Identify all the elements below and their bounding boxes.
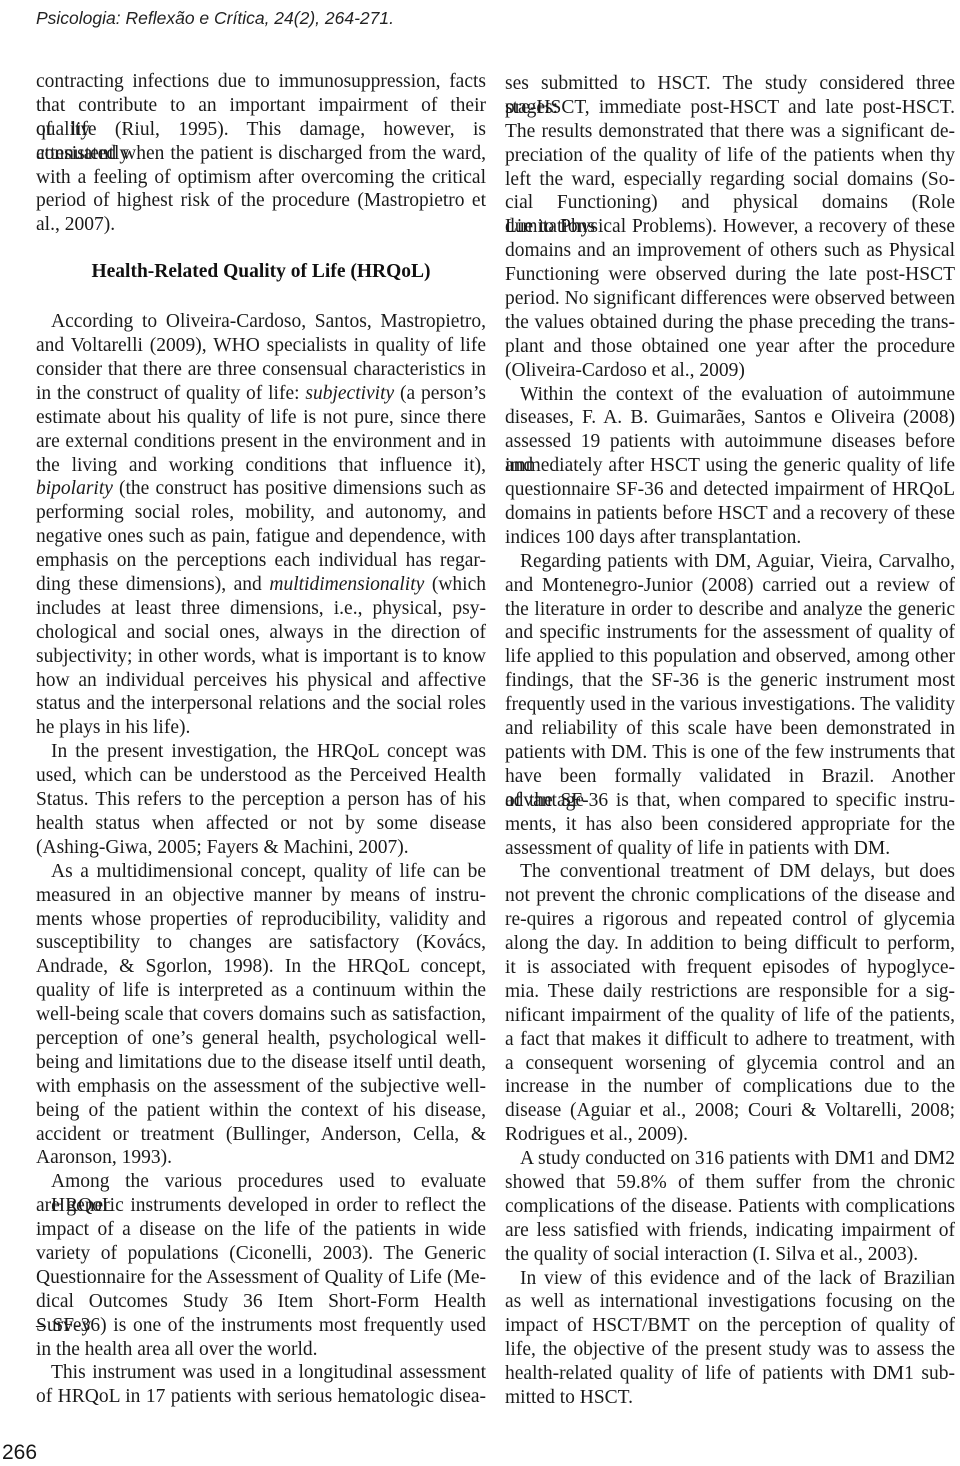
text-segment: health-related quality of life of patien… xyxy=(505,1363,955,1384)
text-line: mitted to HSCT. xyxy=(505,1386,955,1410)
text-segment: consider that there are three consensual… xyxy=(36,359,486,380)
text-line: impact of a disease on the life of the p… xyxy=(36,1218,486,1242)
text-line: due to Physical Problems). However, a re… xyxy=(505,215,955,239)
text-segment: are generic instruments developed in ord… xyxy=(36,1195,486,1216)
text-line: and reliability of this scale have been … xyxy=(505,717,955,741)
text-segment: preciation of the quality of life of the… xyxy=(505,145,955,166)
text-segment: of HRQoL in 17 patients with serious hem… xyxy=(36,1386,486,1407)
text-segment: Regarding patients with DM, Aguiar, Viei… xyxy=(520,551,955,572)
text-line: diseases, F. A. B. Guimarães, Santos e O… xyxy=(505,406,955,430)
text-line: According to Oliveira-Cardoso, Santos, M… xyxy=(36,310,486,334)
text-segment: ments whose properties of reproducibilit… xyxy=(36,909,486,930)
section-heading: Health-Related Quality of Life (HRQoL) xyxy=(36,260,486,284)
text-segment: Functioning were observed during the lat… xyxy=(505,264,955,285)
text-line: Functioning were observed during the lat… xyxy=(505,263,955,287)
text-line: period of highest risk of the procedure … xyxy=(36,189,486,213)
text-line: a fact that makes it difficult to adhere… xyxy=(505,1028,955,1052)
text-line: questionnaire SF-36 and detected impairm… xyxy=(505,478,955,502)
text-segment: susceptibility to changes are satisfacto… xyxy=(36,932,486,953)
text-line: the literature in order to describe and … xyxy=(505,598,955,622)
text-line: This instrument was used in a longitudin… xyxy=(36,1361,486,1385)
text-segment: As a multidimensional concept, quality o… xyxy=(51,861,486,882)
text-line: being and limitations due to the disease… xyxy=(36,1051,486,1075)
text-line: of the SF-36 is that, when compared to s… xyxy=(505,789,955,813)
text-segment: Status. This refers to the perception a … xyxy=(36,789,486,810)
text-line: with emphasis on the assessment of the s… xyxy=(36,1075,486,1099)
text-segment: chological and social ones, always in th… xyxy=(36,622,486,643)
text-line: pre-HSCT, immediate post-HSCT and late p… xyxy=(505,96,955,120)
text-segment: he plays in his life). xyxy=(36,717,190,738)
text-line: findings, that the SF-36 is the generic … xyxy=(505,669,955,693)
text-line: how an individual perceives his physical… xyxy=(36,669,486,693)
text-segment: Aaronson, 1993). xyxy=(36,1147,172,1168)
text-line: he plays in his life). xyxy=(36,716,486,740)
text-line: measured in an objective manner by means… xyxy=(36,884,486,908)
text-segment: health status when affected or not by so… xyxy=(36,813,486,834)
text-segment: domains and an improvement of others suc… xyxy=(505,240,955,261)
text-line: A study conducted on 316 patients with D… xyxy=(505,1147,955,1171)
text-segment: performing social roles, mobility, and a… xyxy=(36,502,486,523)
right-column: ses submitted to HSCT. The study conside… xyxy=(505,70,955,1410)
text-segment: Within the context of the evaluation of … xyxy=(520,384,955,405)
text-line: re-quires a rigorous and repeated contro… xyxy=(505,908,955,932)
text-segment: Andrade, & Sgorlon, 1998). In the HRQoL … xyxy=(36,956,486,977)
text-segment: questionnaire SF-36 and detected impairm… xyxy=(505,479,955,500)
text-line: chological and social ones, always in th… xyxy=(36,621,486,645)
text-segment: the literature in order to describe and … xyxy=(505,599,955,620)
text-line: mia. These daily restrictions are respon… xyxy=(505,980,955,1004)
text-line: preciation of the quality of life of the… xyxy=(505,144,955,168)
text-line: ses submitted to HSCT. The study conside… xyxy=(505,72,955,96)
text-segment: quality of life is interpreted as a cont… xyxy=(36,980,486,1001)
text-line: of life (Riul, 1995). This damage, howev… xyxy=(36,118,486,142)
text-segment: plant and those obtained one year after … xyxy=(505,336,955,357)
text-segment: and specific instruments for the assessm… xyxy=(505,622,955,643)
text-segment: showed that 59.8% of them suffer from th… xyxy=(505,1172,955,1193)
text-segment: ding these dimensions), and xyxy=(36,574,269,595)
text-segment: estimate about his quality of life is no… xyxy=(36,407,486,428)
text-line: patients with DM. This is one of the few… xyxy=(505,741,955,765)
text-segment: diseases, F. A. B. Guimarães, Santos e O… xyxy=(505,407,955,428)
text-segment: are external conditions present in the e… xyxy=(36,431,486,452)
text-line: as well as international investigations … xyxy=(505,1290,955,1314)
text-segment: In view of this evidence and of the lack… xyxy=(520,1268,955,1289)
italic-term: multidimensionality xyxy=(269,574,424,595)
text-segment: with emphasis on the assessment of the s… xyxy=(36,1076,486,1097)
text-line: the living and working conditions that i… xyxy=(36,454,486,478)
text-segment: it is associated with frequent episodes … xyxy=(505,957,955,978)
text-line: frequently used in the various investiga… xyxy=(505,693,955,717)
text-line: status and the interpersonal relations a… xyxy=(36,692,486,716)
text-segment: period. No significant differences were … xyxy=(505,288,955,309)
text-segment: and reliability of this scale have been … xyxy=(505,718,955,739)
text-segment: increase in the number of complications … xyxy=(505,1076,955,1097)
text-segment: disease (Aguiar et al., 2008; Couri & Vo… xyxy=(505,1100,955,1121)
text-line: estimate about his quality of life is no… xyxy=(36,406,486,430)
text-segment: The results demonstrated that there was … xyxy=(505,121,955,142)
text-segment: life, the objective of the present study… xyxy=(505,1339,955,1360)
text-line: in the health area all over the world. xyxy=(36,1338,486,1362)
text-line: Andrade, & Sgorlon, 1998). In the HRQoL … xyxy=(36,955,486,979)
text-line: not prevent the chronic complications of… xyxy=(505,884,955,908)
text-line: perception of one’s general health, psyc… xyxy=(36,1027,486,1051)
text-line: with a feeling of optimism after overcom… xyxy=(36,166,486,190)
text-segment: nificant impairment of the quality of li… xyxy=(505,1005,955,1026)
text-line: life, the objective of the present study… xyxy=(505,1338,955,1362)
text-line: impact of HSCT/BMT on the perception of … xyxy=(505,1314,955,1338)
text-segment: and Voltarelli (2009), WHO specialists i… xyxy=(36,335,486,356)
text-segment: complications of the disease. Patients w… xyxy=(505,1196,955,1217)
text-segment: measured in an objective manner by means… xyxy=(36,885,486,906)
text-segment: patients with DM. This is one of the few… xyxy=(505,742,955,763)
text-segment: left the ward, especially regarding soci… xyxy=(505,169,955,190)
text-line: Status. This refers to the perception a … xyxy=(36,788,486,812)
text-line: period. No significant differences were … xyxy=(505,287,955,311)
text-line: the values obtained during the phase pre… xyxy=(505,311,955,335)
text-line: quality of life is interpreted as a cont… xyxy=(36,979,486,1003)
text-segment: impact of a disease on the life of the p… xyxy=(36,1219,486,1240)
page-number: 266 xyxy=(2,1441,37,1465)
text-line: left the ward, especially regarding soci… xyxy=(505,168,955,192)
text-segment: as well as international investigations … xyxy=(505,1291,955,1312)
text-segment: of the SF-36 is that, when compared to s… xyxy=(505,790,955,811)
text-segment: – SF-36) is one of the instruments most … xyxy=(36,1315,486,1336)
text-segment: frequently used in the various investiga… xyxy=(505,694,955,715)
text-line: domains in patients before HSCT and a re… xyxy=(505,502,955,526)
text-line: increase in the number of complications … xyxy=(505,1075,955,1099)
text-line: accident or treatment (Bullinger, Anders… xyxy=(36,1123,486,1147)
text-line: complications of the disease. Patients w… xyxy=(505,1195,955,1219)
text-line: Questionnaire for the Assessment of Qual… xyxy=(36,1266,486,1290)
text-line: Among the various procedures used to eva… xyxy=(36,1170,486,1194)
text-line: attenuated when the patient is discharge… xyxy=(36,142,486,166)
text-line: and Montenegro-Junior (2008) carried out… xyxy=(505,574,955,598)
text-segment: pre-HSCT, immediate post-HSCT and late p… xyxy=(505,97,955,118)
text-line: have been formally validated in Brazil. … xyxy=(505,765,955,789)
text-line: (Oliveira-Cardoso et al., 2009) xyxy=(505,359,955,383)
text-line: disease (Aguiar et al., 2008; Couri & Vo… xyxy=(505,1099,955,1123)
text-segment: findings, that the SF-36 is the generic … xyxy=(505,670,955,691)
text-line: health status when affected or not by so… xyxy=(36,812,486,836)
text-line: are generic instruments developed in ord… xyxy=(36,1194,486,1218)
text-segment: domains in patients before HSCT and a re… xyxy=(505,503,955,524)
text-line: plant and those obtained one year after … xyxy=(505,335,955,359)
text-segment: negative ones such as pain, fatigue and … xyxy=(36,526,486,547)
text-line: of HRQoL in 17 patients with serious hem… xyxy=(36,1385,486,1409)
text-line: bipolarity (the construct has positive d… xyxy=(36,477,486,501)
text-line: indices 100 days after transplantation. xyxy=(505,526,955,550)
text-segment: re-quires a rigorous and repeated contro… xyxy=(505,909,955,930)
text-line: contracting infections due to immunosupp… xyxy=(36,70,486,94)
text-line: a consequent worsening of glycemia contr… xyxy=(505,1052,955,1076)
text-line: – SF-36) is one of the instruments most … xyxy=(36,1314,486,1338)
text-line: immediately after HSCT using the generic… xyxy=(505,454,955,478)
text-segment: perception of one’s general health, psyc… xyxy=(36,1028,486,1049)
text-line: cial Functioning) and physical domains (… xyxy=(505,191,955,215)
text-line: assessment of quality of life in patient… xyxy=(505,837,955,861)
text-segment: being of the patient within the context … xyxy=(36,1100,486,1121)
text-segment: in the construct of quality of life: xyxy=(36,383,305,404)
text-segment: (which xyxy=(424,574,486,595)
text-segment: accident or treatment (Bullinger, Anders… xyxy=(36,1124,486,1145)
text-segment: a consequent worsening of glycemia contr… xyxy=(505,1053,955,1074)
text-line: showed that 59.8% of them suffer from th… xyxy=(505,1171,955,1195)
text-segment: immediately after HSCT using the generic… xyxy=(505,455,955,476)
text-line: in the construct of quality of life: sub… xyxy=(36,382,486,406)
text-line: ments, it has also been considered appro… xyxy=(505,813,955,837)
text-segment: Questionnaire for the Assessment of Qual… xyxy=(36,1267,486,1288)
text-line: As a multidimensional concept, quality o… xyxy=(36,860,486,884)
text-line: Within the context of the evaluation of … xyxy=(505,383,955,407)
italic-term: bipolarity xyxy=(36,478,113,499)
text-line: it is associated with frequent episodes … xyxy=(505,956,955,980)
text-segment: mitted to HSCT. xyxy=(505,1387,633,1408)
text-segment: used, which can be understood as the Per… xyxy=(36,765,486,786)
text-segment: assessment of quality of life in patient… xyxy=(505,838,890,859)
text-segment: and Montenegro-Junior (2008) carried out… xyxy=(505,575,955,596)
text-line: includes at least three dimensions, i.e.… xyxy=(36,597,486,621)
text-line: negative ones such as pain, fatigue and … xyxy=(36,525,486,549)
text-line: Aaronson, 1993). xyxy=(36,1146,486,1170)
text-segment: with a feeling of optimism after overcom… xyxy=(36,167,486,188)
text-segment: emphasis on the perceptions each individ… xyxy=(36,550,486,571)
text-segment: period of highest risk of the procedure … xyxy=(36,190,486,211)
text-segment: the quality of social interaction (I. Si… xyxy=(505,1244,918,1265)
text-segment: In the present investigation, the HRQoL … xyxy=(51,741,486,762)
text-segment: in the health area all over the world. xyxy=(36,1339,318,1360)
text-line: that contribute to an important impairme… xyxy=(36,94,486,118)
text-segment: This instrument was used in a longitudin… xyxy=(51,1362,486,1383)
text-segment: (Oliveira-Cardoso et al., 2009) xyxy=(505,360,745,381)
text-line: variety of populations (Ciconelli, 2003)… xyxy=(36,1242,486,1266)
text-segment: subjectivity; in other words, what is im… xyxy=(36,646,486,667)
left-column: contracting infections due to immunosupp… xyxy=(36,70,486,1410)
text-segment: A study conducted on 316 patients with D… xyxy=(520,1148,955,1169)
text-line: ding these dimensions), and multidimensi… xyxy=(36,573,486,597)
text-line: susceptibility to changes are satisfacto… xyxy=(36,931,486,955)
italic-term: subjectivity xyxy=(305,383,394,404)
text-line: Rodrigues et al., 2009). xyxy=(505,1123,955,1147)
text-line: performing social roles, mobility, and a… xyxy=(36,501,486,525)
text-line: assessed 19 patients with autoimmune dis… xyxy=(505,430,955,454)
text-line: well-being scale that covers domains suc… xyxy=(36,1003,486,1027)
text-segment: the living and working conditions that i… xyxy=(36,455,486,476)
text-segment: status and the interpersonal relations a… xyxy=(36,693,486,714)
text-line: health-related quality of life of patien… xyxy=(505,1362,955,1386)
text-segment: Rodrigues et al., 2009). xyxy=(505,1124,688,1145)
text-line: being of the patient within the context … xyxy=(36,1099,486,1123)
text-segment: how an individual perceives his physical… xyxy=(36,670,486,691)
text-line: emphasis on the perceptions each individ… xyxy=(36,549,486,573)
text-segment: mia. These daily restrictions are respon… xyxy=(505,981,955,1002)
text-segment: due to Physical Problems). However, a re… xyxy=(505,216,955,237)
text-line: are less satisfied with friends, indicat… xyxy=(505,1219,955,1243)
text-segment: variety of populations (Ciconelli, 2003)… xyxy=(36,1243,486,1264)
text-segment: impact of HSCT/BMT on the perception of … xyxy=(505,1315,955,1336)
text-segment: being and limitations due to the disease… xyxy=(36,1052,486,1073)
text-line: The results demonstrated that there was … xyxy=(505,120,955,144)
text-line: domains and an improvement of others suc… xyxy=(505,239,955,263)
text-line: along the day. In addition to being diff… xyxy=(505,932,955,956)
text-segment: life applied to this population and obse… xyxy=(505,646,955,667)
text-line: In view of this evidence and of the lack… xyxy=(505,1267,955,1291)
text-line: ments whose properties of reproducibilit… xyxy=(36,908,486,932)
text-segment: indices 100 days after transplantation. xyxy=(505,527,801,548)
text-segment: well-being scale that covers domains suc… xyxy=(36,1004,486,1025)
journal-citation: Psicologia: Reflexão e Crítica, 24(2), 2… xyxy=(36,8,394,29)
text-line: consider that there are three consensual… xyxy=(36,358,486,382)
text-segment: attenuated when the patient is discharge… xyxy=(36,143,486,164)
text-line: and specific instruments for the assessm… xyxy=(505,621,955,645)
text-segment: (a person’s xyxy=(394,383,486,404)
text-segment: contracting infections due to immunosupp… xyxy=(36,71,486,92)
text-line: In the present investigation, the HRQoL … xyxy=(36,740,486,764)
text-segment: not prevent the chronic complications of… xyxy=(505,885,955,906)
text-line: and Voltarelli (2009), WHO specialists i… xyxy=(36,334,486,358)
text-line: subjectivity; in other words, what is im… xyxy=(36,645,486,669)
text-segment: a fact that makes it difficult to adhere… xyxy=(505,1029,955,1050)
text-line: Regarding patients with DM, Aguiar, Viei… xyxy=(505,550,955,574)
text-segment: are less satisfied with friends, indicat… xyxy=(505,1220,955,1241)
text-segment: al., 2007). xyxy=(36,214,115,235)
text-segment: along the day. In addition to being diff… xyxy=(505,933,955,954)
text-line: nificant impairment of the quality of li… xyxy=(505,1004,955,1028)
text-line: the quality of social interaction (I. Si… xyxy=(505,1243,955,1267)
text-segment: The conventional treatment of DM delays,… xyxy=(520,861,955,882)
text-segment: the values obtained during the phase pre… xyxy=(505,312,955,333)
text-line: are external conditions present in the e… xyxy=(36,430,486,454)
text-line: (Ashing-Giwa, 2005; Fayers & Machini, 20… xyxy=(36,836,486,860)
text-segment: includes at least three dimensions, i.e.… xyxy=(36,598,486,619)
text-line: The conventional treatment of DM delays,… xyxy=(505,860,955,884)
text-segment: (the construct has positive dimensions s… xyxy=(113,478,486,499)
article-body: contracting infections due to immunosupp… xyxy=(36,70,955,1410)
text-line: al., 2007). xyxy=(36,213,486,237)
text-line: dical Outcomes Study 36 Item Short-Form … xyxy=(36,1290,486,1314)
text-segment: (Ashing-Giwa, 2005; Fayers & Machini, 20… xyxy=(36,837,409,858)
text-segment: ments, it has also been considered appro… xyxy=(505,814,955,835)
text-segment: According to Oliveira-Cardoso, Santos, M… xyxy=(51,311,486,332)
text-line: used, which can be understood as the Per… xyxy=(36,764,486,788)
text-line: life applied to this population and obse… xyxy=(505,645,955,669)
